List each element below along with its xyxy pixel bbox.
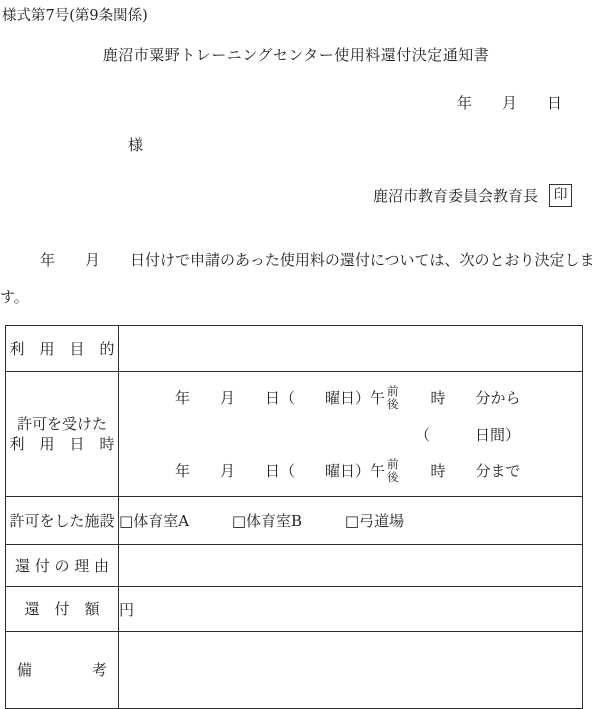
refund-notification-document: { "page": { "form_number": "様式第7号(第9条関係)… bbox=[0, 0, 592, 709]
datetime-label-line2: 利 用 日 時 bbox=[6, 434, 118, 454]
datetime-to-suffix: 時 分まで bbox=[401, 460, 521, 481]
ampm-bottom: 後 bbox=[387, 398, 399, 411]
facility-option-label: 体育室A bbox=[133, 512, 189, 530]
checkbox-icon: □ bbox=[345, 512, 359, 530]
table-row-datetime: 許可を受けた 利 用 日 時 年 月 日（ 曜日）午 前 後 時 分から （ 日… bbox=[6, 372, 583, 497]
issuer-name: 鹿沼市教育委員会教育長 bbox=[373, 185, 538, 206]
datetime-from-prefix: 年 月 日（ 曜日）午 bbox=[175, 387, 385, 408]
body-paragraph: 年 月 日付けで申請のあった使用料の還付については、次のとおり決定しま す。 bbox=[0, 242, 592, 316]
facility-option-label: 弓道場 bbox=[359, 512, 404, 530]
reason-label: 還 付 の 理 由 bbox=[6, 545, 119, 587]
remarks-value-cell bbox=[119, 632, 583, 709]
facility-option-label: 体育室B bbox=[246, 512, 302, 530]
addressee-honorific: 様 bbox=[128, 134, 143, 155]
page-title: 鹿沼市粟野トレーニングセンター使用料還付決定通知書 bbox=[0, 44, 592, 65]
amount-value-cell: 円 bbox=[119, 587, 583, 632]
facility-label: 許可をした施設 bbox=[6, 497, 119, 545]
purpose-label: 利 用 目 的 bbox=[6, 326, 119, 372]
remarks-label: 備 考 bbox=[6, 632, 119, 709]
table-row-purpose: 利 用 目 的 bbox=[6, 326, 583, 372]
facility-value-cell: □体育室A □体育室B □弓道場 bbox=[119, 497, 583, 545]
ampm-bottom: 後 bbox=[387, 471, 399, 484]
amount-label: 還 付 額 bbox=[6, 587, 119, 632]
datetime-value-cell: 年 月 日（ 曜日）午 前 後 時 分から （ 日間） 年 月 日（ 曜日）午 … bbox=[119, 372, 583, 497]
datetime-days-line: （ 日間） bbox=[119, 424, 582, 445]
table-row-facility: 許可をした施設 □体育室A □体育室B □弓道場 bbox=[6, 497, 583, 545]
datetime-from-line: 年 月 日（ 曜日）午 前 後 時 分から bbox=[119, 385, 582, 411]
body-paragraph-line2: す。 bbox=[0, 279, 592, 316]
datetime-label-line1: 許可を受けた bbox=[6, 414, 118, 434]
amount-unit: 円 bbox=[119, 601, 134, 619]
datetime-to-prefix: 年 月 日（ 曜日）午 bbox=[175, 460, 385, 481]
ampm-top: 前 bbox=[387, 385, 399, 398]
datetime-label: 許可を受けた 利 用 日 時 bbox=[6, 372, 119, 497]
ampm-stack: 前 後 bbox=[387, 458, 399, 484]
ampm-top: 前 bbox=[387, 458, 399, 471]
table-row-remarks: 備 考 bbox=[6, 632, 583, 709]
table-row-reason: 還 付 の 理 由 bbox=[6, 545, 583, 587]
ampm-stack: 前 後 bbox=[387, 385, 399, 411]
facility-option-kyudo: □弓道場 bbox=[345, 512, 404, 530]
checkbox-icon: □ bbox=[232, 512, 246, 530]
form-table: 利 用 目 的 許可を受けた 利 用 日 時 年 月 日（ 曜日）午 前 後 時… bbox=[5, 325, 583, 709]
datetime-to-line: 年 月 日（ 曜日）午 前 後 時 分まで bbox=[119, 458, 582, 484]
issue-date-blank: 年 月 日 bbox=[457, 92, 562, 113]
form-number: 様式第7号(第9条関係) bbox=[2, 4, 148, 25]
issuer-line: 鹿沼市教育委員会教育長 印 bbox=[373, 184, 572, 207]
checkbox-icon: □ bbox=[119, 512, 133, 530]
facility-option-gym-b: □体育室B bbox=[232, 512, 307, 530]
seal-stamp-icon: 印 bbox=[549, 184, 572, 207]
table-row-amount: 還 付 額 円 bbox=[6, 587, 583, 632]
reason-value-cell bbox=[119, 545, 583, 587]
datetime-from-suffix: 時 分から bbox=[401, 387, 521, 408]
body-paragraph-line1: 年 月 日付けで申請のあった使用料の還付については、次のとおり決定しま bbox=[0, 242, 592, 279]
purpose-value-cell bbox=[119, 326, 583, 372]
facility-option-gym-a: □体育室A bbox=[119, 512, 194, 530]
